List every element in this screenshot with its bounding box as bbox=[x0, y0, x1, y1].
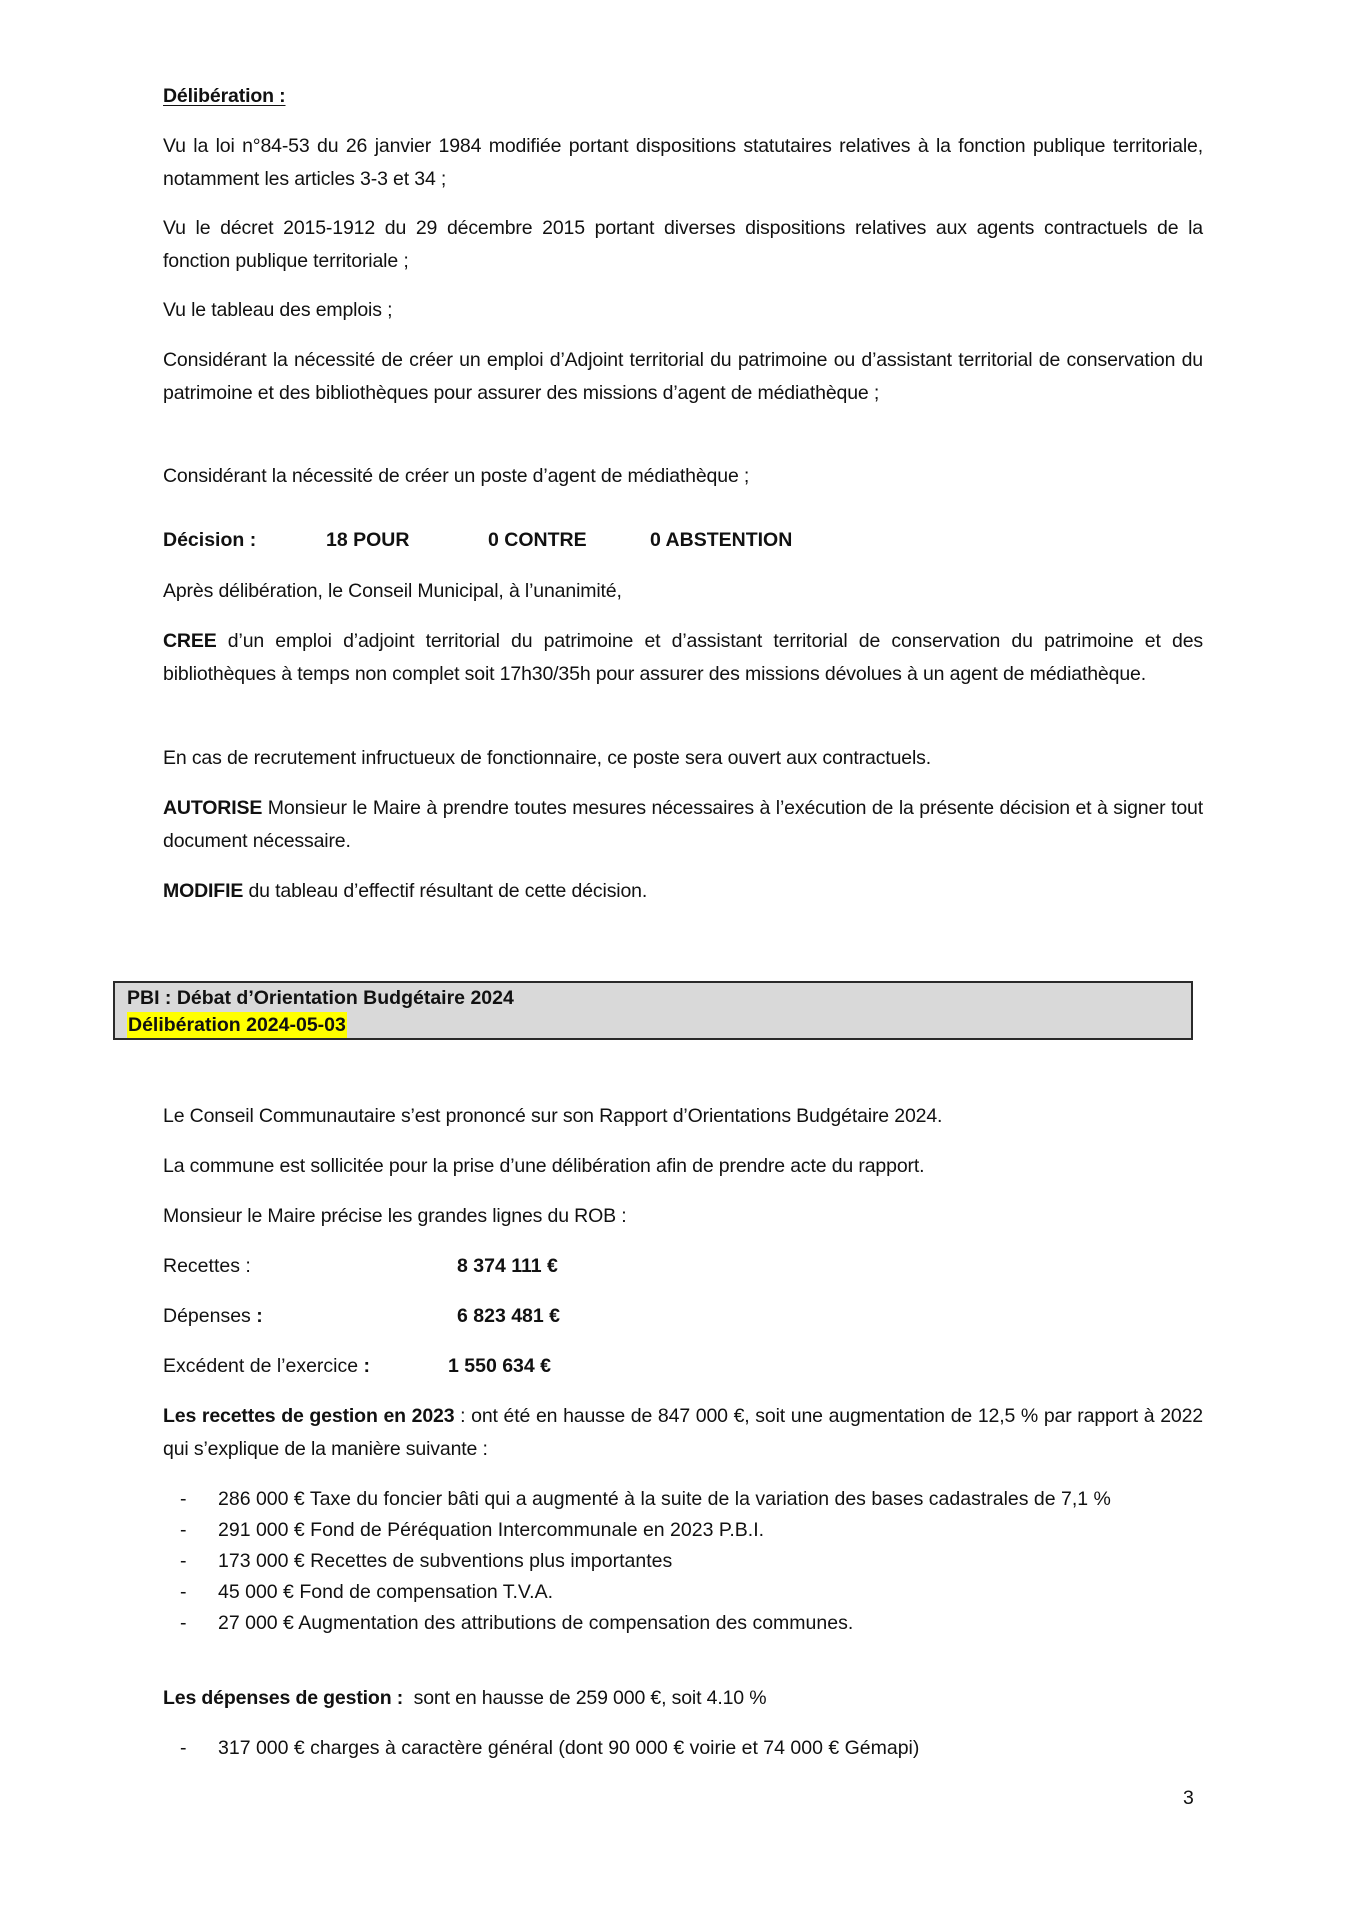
decision-vote-line: Décision : 18 POUR 0 CONTRE 0 ABSTENTION bbox=[0, 524, 1357, 557]
paragraph-recettes-gestion: Les recettes de gestion en 2023 : ont ét… bbox=[163, 1400, 1203, 1466]
list-item-text: 291 000 € Fond de Péréquation Intercommu… bbox=[218, 1519, 764, 1541]
paragraph-considerant-poste: Considérant la nécessité de créer un pos… bbox=[163, 460, 1203, 493]
deliberation-heading-text: Délibération : bbox=[163, 85, 286, 107]
depenses-label-colon: : bbox=[256, 1305, 263, 1327]
pbi-section-title: PBI : Débat d’Orientation Budgétaire 202… bbox=[127, 985, 514, 1012]
recettes-gestion-list: -286 000 € Taxe du foncier bâti qui a au… bbox=[163, 1484, 1203, 1639]
autorise-text: Monsieur le Maire à prendre toutes mesur… bbox=[163, 797, 1203, 852]
bullet-dash-icon: - bbox=[180, 1546, 187, 1577]
list-item-text: 286 000 € Taxe du foncier bâti qui a aug… bbox=[218, 1488, 1111, 1510]
list-item-text: 27 000 € Augmentation des attributions d… bbox=[218, 1612, 853, 1634]
paragraph-vu-tableau: Vu le tableau des emplois ; bbox=[163, 294, 1203, 327]
excedent-value: 1 550 634 € bbox=[448, 1350, 551, 1383]
paragraph-cree: CREE d’un emploi d’adjoint territorial d… bbox=[163, 625, 1203, 691]
vote-pour: 18 POUR bbox=[326, 524, 409, 557]
list-item-text: 45 000 € Fond de compensation T.V.A. bbox=[218, 1581, 553, 1603]
list-item: -173 000 € Recettes de subventions plus … bbox=[163, 1546, 1203, 1577]
list-item: -291 000 € Fond de Péréquation Intercomm… bbox=[163, 1515, 1203, 1546]
list-item: -27 000 € Augmentation des attributions … bbox=[163, 1608, 1203, 1639]
bullet-dash-icon: - bbox=[180, 1515, 187, 1546]
paragraph-autorise: AUTORISE Monsieur le Maire à prendre tou… bbox=[163, 792, 1203, 858]
paragraph-apres-deliberation: Après délibération, le Conseil Municipal… bbox=[163, 575, 1203, 608]
paragraph-considerant-emploi: Considérant la nécessité de créer un emp… bbox=[163, 344, 1203, 410]
recettes-label: Recettes : bbox=[163, 1250, 251, 1283]
bullet-dash-icon: - bbox=[180, 1608, 187, 1639]
list-item: -317 000 € charges à caractère général (… bbox=[163, 1733, 1203, 1764]
keyword-cree: CREE bbox=[163, 630, 217, 652]
list-item-text: 317 000 € charges à caractère général (d… bbox=[218, 1737, 919, 1759]
paragraph-conseil-communautaire: Le Conseil Communautaire s’est prononcé … bbox=[163, 1100, 1203, 1133]
paragraph-commune-sollicitee: La commune est sollicitée pour la prise … bbox=[163, 1150, 1203, 1183]
deliberation-heading: Délibération : bbox=[163, 80, 1203, 113]
paragraph-recrutement: En cas de recrutement infructueux de fon… bbox=[163, 742, 1203, 775]
page-number: 3 bbox=[1183, 1786, 1194, 1810]
bullet-dash-icon: - bbox=[180, 1484, 187, 1515]
depenses-gestion-text: sont en hausse de 259 000 €, soit 4.10 % bbox=[403, 1687, 766, 1709]
cree-text: d’un emploi d’adjoint territorial du pat… bbox=[163, 630, 1203, 685]
excedent-label-colon: : bbox=[364, 1355, 371, 1377]
list-item: -286 000 € Taxe du foncier bâti qui a au… bbox=[163, 1484, 1203, 1515]
keyword-recettes-gestion: Les recettes de gestion en 2023 bbox=[163, 1405, 454, 1427]
decision-label: Décision : bbox=[163, 524, 256, 557]
keyword-depenses-gestion: Les dépenses de gestion : bbox=[163, 1687, 403, 1709]
document-page: Délibération : Vu la loi n°84-53 du 26 j… bbox=[0, 0, 1357, 1920]
pbi-section-header-box: PBI : Débat d’Orientation Budgétaire 202… bbox=[113, 981, 1193, 1040]
paragraph-modifie: MODIFIE du tableau d’effectif résultant … bbox=[163, 875, 1203, 908]
paragraph-grandes-lignes: Monsieur le Maire précise les grandes li… bbox=[163, 1200, 1203, 1233]
depenses-gestion-list: -317 000 € charges à caractère général (… bbox=[163, 1733, 1203, 1764]
pbi-deliberation-number: Délibération 2024-05-03 bbox=[127, 1012, 347, 1038]
paragraph-depenses-gestion: Les dépenses de gestion : sont en hausse… bbox=[163, 1682, 1203, 1715]
modifie-text: du tableau d’effectif résultant de cette… bbox=[243, 880, 647, 902]
bullet-dash-icon: - bbox=[180, 1577, 187, 1608]
paragraph-vu-loi: Vu la loi n°84-53 du 26 janvier 1984 mod… bbox=[163, 130, 1203, 196]
recettes-value: 8 374 111 € bbox=[457, 1250, 558, 1283]
keyword-autorise: AUTORISE bbox=[163, 797, 262, 819]
excedent-label-text: Excédent de l’exercice bbox=[163, 1355, 364, 1377]
excedent-label: Excédent de l’exercice : bbox=[163, 1350, 370, 1383]
bullet-dash-icon: - bbox=[180, 1733, 187, 1764]
paragraph-vu-decret: Vu le décret 2015-1912 du 29 décembre 20… bbox=[163, 212, 1203, 278]
vote-contre: 0 CONTRE bbox=[488, 524, 587, 557]
keyword-modifie: MODIFIE bbox=[163, 880, 243, 902]
vote-abstention: 0 ABSTENTION bbox=[650, 524, 792, 557]
depenses-label: Dépenses : bbox=[163, 1300, 263, 1333]
depenses-value: 6 823 481 € bbox=[457, 1300, 560, 1333]
list-item-text: 173 000 € Recettes de subventions plus i… bbox=[218, 1550, 672, 1572]
list-item: -45 000 € Fond de compensation T.V.A. bbox=[163, 1577, 1203, 1608]
depenses-label-text: Dépenses bbox=[163, 1305, 256, 1327]
